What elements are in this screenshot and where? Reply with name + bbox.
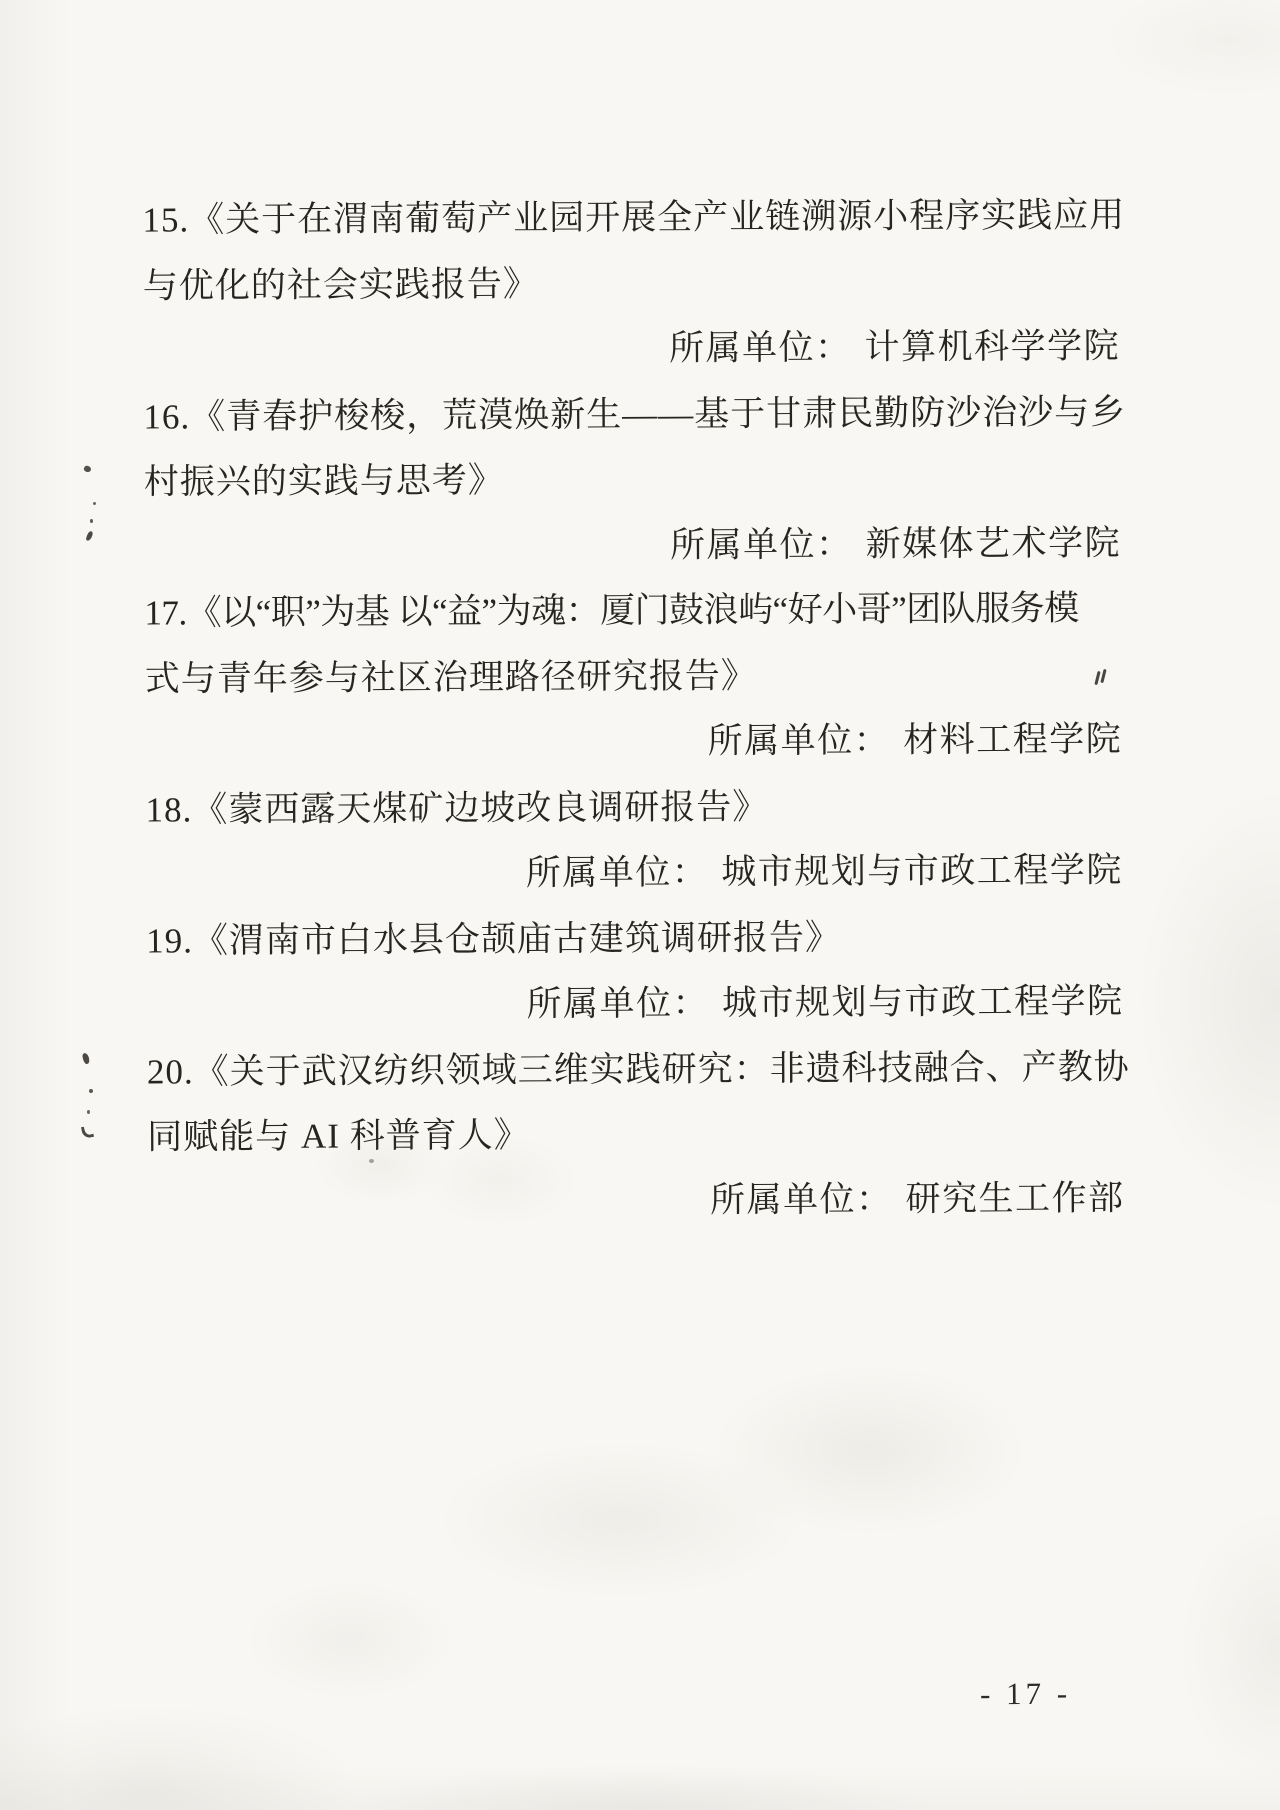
- list-item-16: 16.《青春护梭梭，荒漠焕新生——基于甘肃民勤防沙治沙与乡 村振兴的实践与思考》…: [143, 379, 1121, 581]
- report-title-line: 15.《关于在渭南葡萄产业园开展全产业链溯源小程序实践应用: [142, 182, 1119, 253]
- unit-line: 所属单位：研究生工作部: [147, 1165, 1124, 1236]
- list-item-17: 17.《以“职”为基 以“益”为魂：厦门鼓浪屿“好小哥”团队服务模 式与青年参与…: [144, 575, 1122, 777]
- unit-label: 所属单位：: [526, 984, 709, 1024]
- scan-speck: [90, 519, 93, 523]
- report-title-line: 村振兴的实践与思考》: [144, 444, 1121, 515]
- report-title-line: 与优化的社会实践报告》: [143, 248, 1120, 319]
- report-title-line: 18.《蒙西露天煤矿边坡改良调研报告》: [145, 772, 1122, 843]
- unit-line: 所属单位：材料工程学院: [145, 706, 1122, 777]
- scan-speck: [81, 1125, 94, 1139]
- scan-speck: [89, 1089, 93, 1093]
- unit-line: 所属单位：城市规划与市政工程学院: [146, 968, 1123, 1039]
- unit-label: 所属单位：: [670, 524, 853, 564]
- unit-label: 所属单位：: [526, 853, 709, 893]
- unit-line: 所属单位：城市规划与市政工程学院: [146, 837, 1123, 908]
- list-item-18: 18.《蒙西露天煤矿边坡改良调研报告》 所属单位：城市规划与市政工程学院: [145, 772, 1123, 908]
- report-title-line: 同赋能与 AI 科普育人》: [147, 1099, 1124, 1170]
- report-title-line: 式与青年参与社区治理路径研究报告》: [145, 641, 1122, 712]
- scan-speck: [83, 465, 92, 474]
- unit-name: 材料工程学院: [903, 719, 1122, 759]
- list-item-20: 20.《关于武汉纺织领域三维实践研究：非遗科技融合、产教协 同赋能与 AI 科普…: [147, 1034, 1125, 1236]
- scan-speck: [93, 502, 96, 505]
- report-title-line: 17.《以“职”为基 以“益”为魂：厦门鼓浪屿“好小哥”团队服务模: [144, 575, 1121, 646]
- unit-name: 城市规划与市政工程学院: [722, 981, 1124, 1022]
- unit-label: 所属单位：: [710, 1179, 893, 1219]
- unit-line: 所属单位：计算机科学学院: [143, 313, 1120, 384]
- document-page: 15.《关于在渭南葡萄产业园开展全产业链溯源小程序实践应用 与优化的社会实践报告…: [0, 0, 1280, 1810]
- unit-name: 城市规划与市政工程学院: [721, 850, 1123, 891]
- page-number: - 17 -: [980, 1676, 1071, 1713]
- unit-name: 新媒体艺术学院: [866, 523, 1122, 563]
- unit-name: 计算机科学学院: [864, 326, 1120, 366]
- report-title-line: 16.《青春护梭梭，荒漠焕新生——基于甘肃民勤防沙治沙与乡: [143, 379, 1120, 450]
- report-title-line: 20.《关于武汉纺织领域三维实践研究：非遗科技融合、产教协: [147, 1034, 1124, 1105]
- unit-label: 所属单位：: [669, 328, 852, 368]
- scan-speck: [86, 530, 94, 541]
- list-item-19: 19.《渭南市白水县仓颉庙古建筑调研报告》 所属单位：城市规划与市政工程学院: [146, 903, 1124, 1039]
- unit-label: 所属单位：: [708, 721, 891, 761]
- scan-speck: [87, 1110, 90, 1114]
- report-list: 15.《关于在渭南葡萄产业园开展全产业链溯源小程序实践应用 与优化的社会实践报告…: [142, 182, 1124, 1235]
- scan-speck: [81, 1052, 90, 1064]
- unit-name: 研究生工作部: [905, 1178, 1124, 1218]
- unit-line: 所属单位：新媒体艺术学院: [144, 510, 1121, 581]
- list-item-15: 15.《关于在渭南葡萄产业园开展全产业链溯源小程序实践应用 与优化的社会实践报告…: [142, 182, 1120, 384]
- report-title-line: 19.《渭南市白水县仓颉庙古建筑调研报告》: [146, 903, 1123, 974]
